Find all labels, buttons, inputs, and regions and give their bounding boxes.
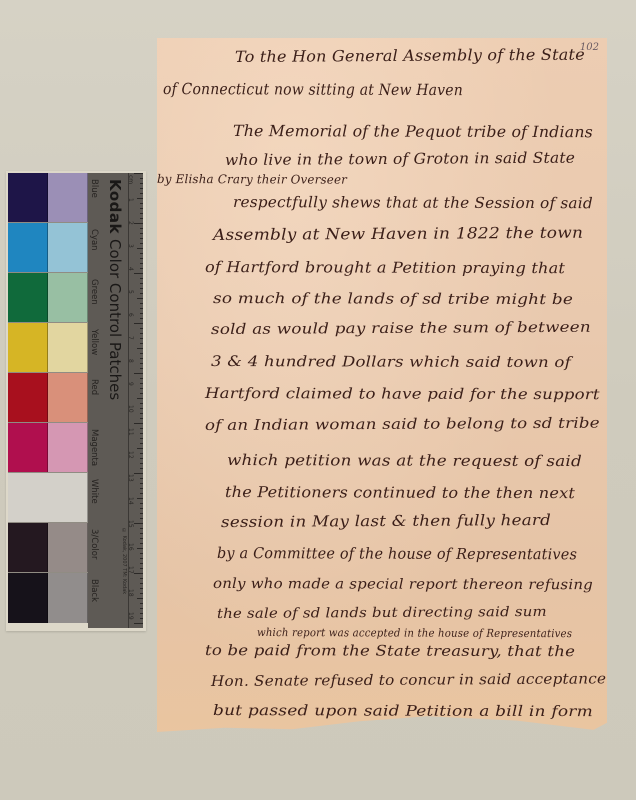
ruler-tick [140, 513, 143, 514]
ruler-tick [140, 388, 143, 389]
patch-label: Yellow [89, 329, 99, 355]
ruler-tick [140, 563, 143, 564]
patch-yellow-light [48, 323, 88, 372]
manuscript-line: 3 & 4 hundred Dollars which said town of [211, 354, 571, 371]
ruler-tick [140, 268, 143, 269]
ruler-number: 15 [127, 520, 134, 528]
patch-blue-light [48, 173, 88, 222]
manuscript-line: which report was accepted in the house o… [257, 626, 572, 640]
ruler-tick [140, 553, 143, 554]
ruler-tick [137, 448, 143, 449]
ruler-tick [140, 433, 143, 434]
ruler-tick [140, 313, 143, 314]
ruler-tick [140, 333, 143, 334]
ruler-tick [140, 608, 143, 609]
patch-blue-dark [8, 173, 48, 222]
ruler-tick [140, 258, 143, 259]
manuscript-line: the Petitioners continued to the then ne… [225, 483, 575, 502]
patch-yellow-dark [8, 323, 48, 372]
patch-3-color-light [48, 523, 88, 572]
ruler-tick [140, 183, 143, 184]
patch-cyan-light [48, 223, 88, 272]
patch-black-dark [8, 573, 48, 623]
manuscript-line: the sale of sd lands but directing said … [217, 604, 547, 622]
ruler-number: 4 [127, 267, 134, 271]
ruler-number: 13 [127, 474, 134, 482]
patch-label: Cyan [89, 229, 99, 251]
ruler-tick [140, 263, 143, 264]
kodak-copyright: © Kodak, 2007 TM: Kodak [121, 528, 127, 594]
ruler-tick [140, 458, 143, 459]
manuscript-line: to be paid from the State treasury, that… [205, 643, 575, 660]
manuscript-line: sold as would pay raise the sum of betwe… [211, 320, 591, 338]
ruler-tick [140, 338, 143, 339]
ruler-tick [140, 533, 143, 534]
ruler-tick [137, 548, 143, 549]
ruler-number: 19 [127, 612, 134, 620]
patch-row-3-color [8, 523, 88, 573]
ruler-tick [140, 438, 143, 439]
ruler-tick [140, 383, 143, 384]
ruler-tick [134, 373, 143, 374]
patch-green-dark [8, 273, 48, 322]
manuscript-page: 102 To the Hon General Assembly of the S… [157, 38, 607, 755]
patch-label: Black [89, 579, 99, 602]
manuscript-line: by Elisha Crary their Overseer [157, 172, 347, 187]
manuscript-line: Hartford claimed to have paid for the su… [205, 386, 600, 403]
ruler-number: 12 [127, 451, 134, 459]
manuscript-line: by a Committee of the house of Represent… [217, 544, 577, 563]
ruler-tick [140, 393, 143, 394]
patch-label: 3/Color [89, 529, 99, 559]
ruler-number: 18 [127, 589, 134, 597]
patch-black-light [48, 573, 88, 623]
ruler-tick [134, 273, 143, 274]
patch-white [8, 473, 88, 522]
ruler-tick [140, 288, 143, 289]
patch-labels: BlueCyanGreenYellowRedMagentaWhite3/Colo… [88, 173, 102, 628]
manuscript-line: session in May last & then fully heard [221, 511, 551, 531]
manuscript-line: of an Indian woman said to belong to sd … [205, 416, 600, 434]
ruler-tick [140, 358, 143, 359]
ruler-tick [140, 233, 143, 234]
measurement-ruler: cm12345678910111213141516171819 [128, 173, 143, 628]
ruler-number: 8 [127, 359, 134, 363]
ruler-tick [140, 188, 143, 189]
manuscript-line: of Connecticut now sitting at New Haven [163, 80, 463, 99]
ruler-tick [137, 198, 143, 199]
manuscript-line: Hon. Senate refused to concur in said ac… [211, 671, 606, 690]
patch-row-blue [8, 173, 88, 223]
patch-3-color-dark [8, 523, 48, 572]
patch-label: Magenta [89, 429, 99, 466]
ruler-tick [134, 523, 143, 524]
manuscript-line: which petition was at the request of sai… [227, 451, 582, 470]
ruler-tick [140, 303, 143, 304]
ruler-tick [134, 173, 143, 174]
patch-label: Blue [89, 179, 99, 198]
ruler-tick [140, 178, 143, 179]
ruler-tick [140, 253, 143, 254]
ruler-number: 17 [127, 566, 134, 574]
patch-row-cyan [8, 223, 88, 273]
ruler-tick [140, 308, 143, 309]
ruler-tick [140, 488, 143, 489]
ruler-tick [134, 623, 143, 624]
ruler-number: cm [127, 175, 134, 184]
ruler-tick [140, 228, 143, 229]
ruler-tick [140, 278, 143, 279]
patch-magenta-light [48, 423, 88, 472]
ruler-tick [140, 588, 143, 589]
ruler-tick [140, 343, 143, 344]
ruler-tick [140, 193, 143, 194]
ruler-tick [134, 573, 143, 574]
patch-row-red [8, 373, 88, 423]
patch-row-white [8, 473, 88, 523]
ruler-tick [140, 593, 143, 594]
manuscript-line: of Hartford brought a Petition praying t… [205, 258, 565, 277]
color-patches [8, 173, 88, 628]
patch-row-black [8, 573, 88, 623]
ruler-tick [140, 528, 143, 529]
ruler-number: 3 [127, 244, 134, 248]
ruler-tick [137, 498, 143, 499]
ruler-tick [140, 518, 143, 519]
manuscript-line: who live in the town of Groton in said S… [225, 149, 575, 169]
ruler-number: 6 [127, 313, 134, 317]
manuscript-line: To the Hon General Assembly of the State [235, 46, 585, 66]
kodak-brand: Kodak [106, 179, 124, 234]
ruler-tick [140, 368, 143, 369]
ruler-tick [140, 243, 143, 244]
ruler-tick [140, 428, 143, 429]
patch-row-green [8, 273, 88, 323]
ruler-tick [140, 213, 143, 214]
ruler-tick [140, 353, 143, 354]
ruler-tick [140, 418, 143, 419]
ruler-tick [140, 468, 143, 469]
ruler-tick [140, 493, 143, 494]
ruler-tick [137, 598, 143, 599]
ruler-tick [134, 223, 143, 224]
ruler-tick [140, 238, 143, 239]
ruler-tick [140, 613, 143, 614]
ruler-tick [140, 318, 143, 319]
ruler-number: 14 [127, 497, 134, 505]
ruler-tick [140, 413, 143, 414]
ruler-tick [134, 323, 143, 324]
ruler-number: 5 [127, 290, 134, 294]
manuscript-line: but passed upon said Petition a bill in … [213, 703, 593, 720]
ruler-tick [140, 538, 143, 539]
ruler-tick [137, 348, 143, 349]
ruler-number: 16 [127, 543, 134, 551]
ruler-tick [140, 408, 143, 409]
ruler-tick [140, 578, 143, 579]
ruler-tick [140, 508, 143, 509]
ruler-tick [140, 603, 143, 604]
patch-red-light [48, 373, 88, 422]
ruler-tick [140, 218, 143, 219]
manuscript-line: Assembly at New Haven in 1822 the town [213, 224, 583, 244]
ruler-number: 10 [127, 405, 134, 413]
ruler-tick [140, 293, 143, 294]
ruler-tick [140, 483, 143, 484]
ruler-tick [140, 378, 143, 379]
ruler-tick [140, 443, 143, 444]
manuscript-line: respectfully shews that at the Session o… [233, 193, 593, 212]
ruler-tick [140, 543, 143, 544]
ruler-tick [140, 283, 143, 284]
ruler-tick [140, 363, 143, 364]
kodak-product-name: Color Control Patches [106, 239, 124, 400]
ruler-number: 7 [127, 336, 134, 340]
patch-magenta-dark [8, 423, 48, 472]
patch-row-magenta [8, 423, 88, 473]
ruler-tick [134, 473, 143, 474]
ruler-tick [137, 248, 143, 249]
ruler-number: 9 [127, 382, 134, 386]
ruler-number: 1 [127, 198, 134, 202]
ruler-tick [134, 423, 143, 424]
ruler-tick [137, 298, 143, 299]
manuscript-line: The Memorial of the Pequot tribe of Indi… [233, 122, 593, 141]
ruler-tick [140, 558, 143, 559]
ruler-tick [140, 203, 143, 204]
ruler-number: 2 [127, 221, 134, 225]
ruler-tick [140, 328, 143, 329]
kodak-label-band: BlueCyanGreenYellowRedMagentaWhite3/Colo… [88, 173, 143, 628]
ruler-tick [140, 503, 143, 504]
patch-label: White [89, 479, 99, 504]
ruler-tick [140, 583, 143, 584]
ruler-number: 11 [127, 428, 134, 436]
ruler-tick [140, 463, 143, 464]
ruler-tick [140, 568, 143, 569]
ruler-tick [137, 398, 143, 399]
patch-green-light [48, 273, 88, 322]
ruler-tick [140, 403, 143, 404]
manuscript-line: only who made a special report thereon r… [213, 576, 593, 593]
patch-label: Red [89, 379, 99, 395]
patch-cyan-dark [8, 223, 48, 272]
manuscript-line: so much of the lands of sd tribe might b… [213, 291, 573, 308]
ruler-tick [140, 618, 143, 619]
patch-label: Green [89, 279, 99, 305]
patch-row-yellow [8, 323, 88, 373]
ruler-tick [140, 208, 143, 209]
patch-red-dark [8, 373, 48, 422]
ruler-tick [140, 478, 143, 479]
ruler-tick [140, 453, 143, 454]
